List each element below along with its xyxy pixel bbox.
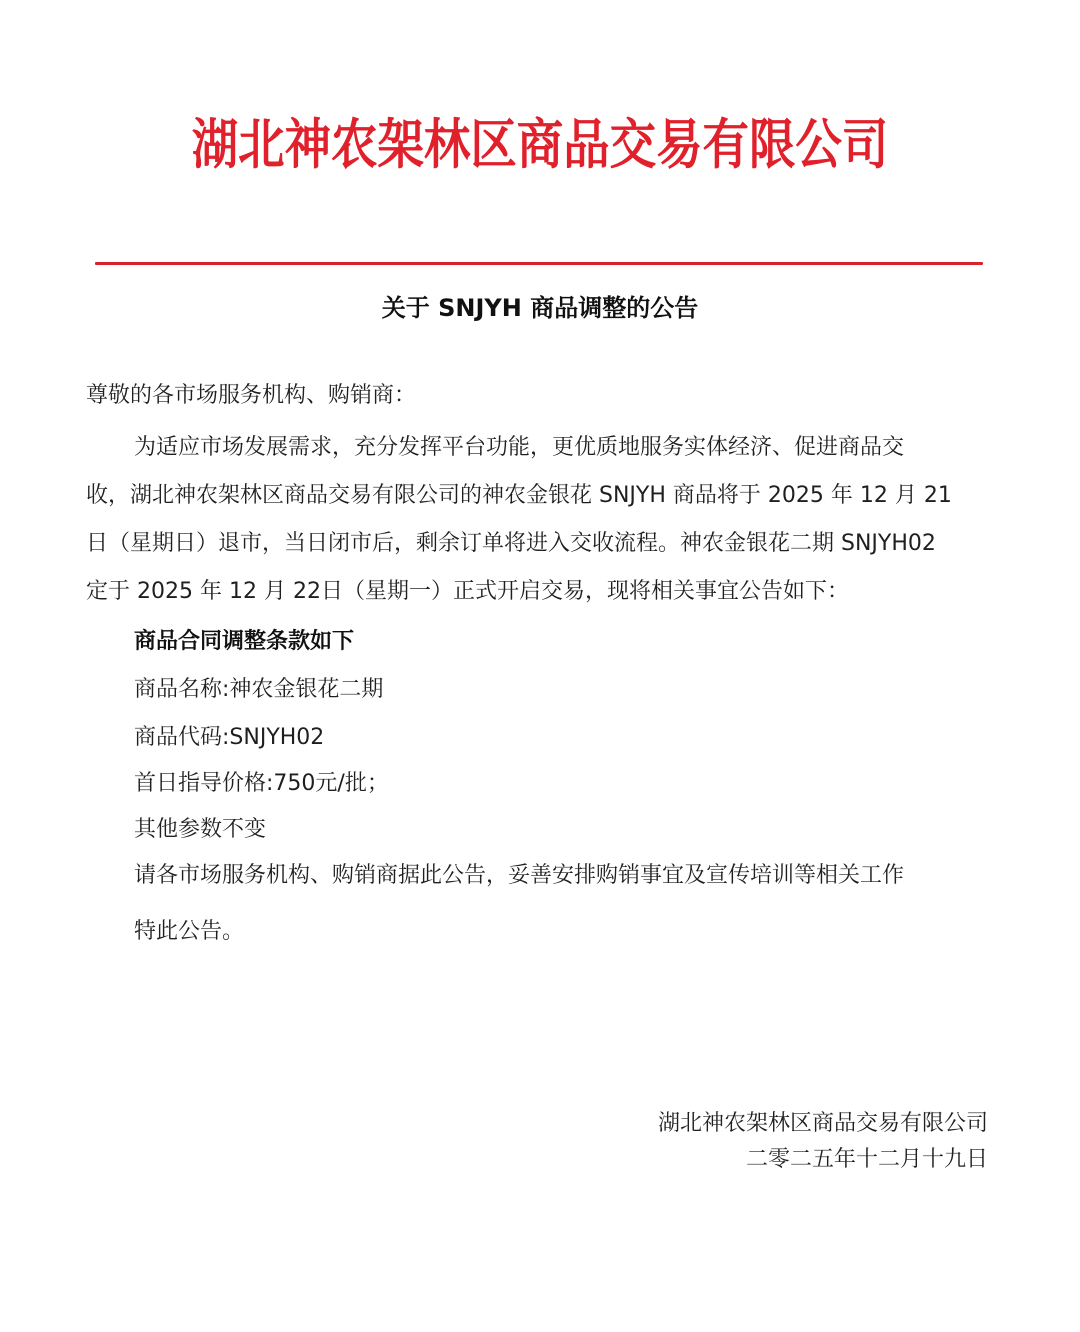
request-line: 请各市场服务机构、购销商据此公告，妥善安排购销事宜及宣传培训等相关工作 — [134, 860, 904, 892]
term-first-day-price: 首日指导价格:750元/批； — [134, 768, 389, 800]
term-product-code: 商品代码:SNJYH02 — [134, 722, 324, 754]
closing-line: 特此公告。 — [134, 916, 244, 948]
paragraph-line-2: 收，湖北神农架林区商品交易有限公司的神农金银花 SNJYH 商品将于 2025 … — [86, 480, 952, 512]
signature-date: 二零二五年十二月十九日 — [746, 1144, 988, 1176]
announcement-document: 湖北神农架林区商品交易有限公司 关于 SNJYH 商品调整的公告 尊敬的各市场服… — [0, 0, 1080, 1332]
section-heading: 商品合同调整条款如下 — [134, 626, 354, 658]
paragraph-line-4: 定于 2025 年 12 月 22日（星期一）正式开启交易，现将相关事宜公告如下… — [86, 576, 849, 608]
term-product-name: 商品名称:神农金银花二期 — [134, 674, 383, 706]
term-other-params: 其他参数不变 — [134, 814, 266, 846]
salutation: 尊敬的各市场服务机构、购销商： — [86, 380, 416, 412]
paragraph-line-3: 日（星期日）退市，当日闭市后，剩余订单将进入交收流程。神农金银花二期 SNJYH… — [86, 528, 936, 560]
company-letterhead: 湖北神农架林区商品交易有限公司 — [76, 108, 1005, 180]
letterhead-divider — [95, 262, 983, 265]
paragraph-line-1: 为适应市场发展需求，充分发挥平台功能，更优质地服务实体经济、促进商品交 — [134, 432, 904, 464]
signature-company: 湖北神农架林区商品交易有限公司 — [658, 1108, 988, 1140]
announcement-title: 关于 SNJYH 商品调整的公告 — [0, 288, 1080, 328]
